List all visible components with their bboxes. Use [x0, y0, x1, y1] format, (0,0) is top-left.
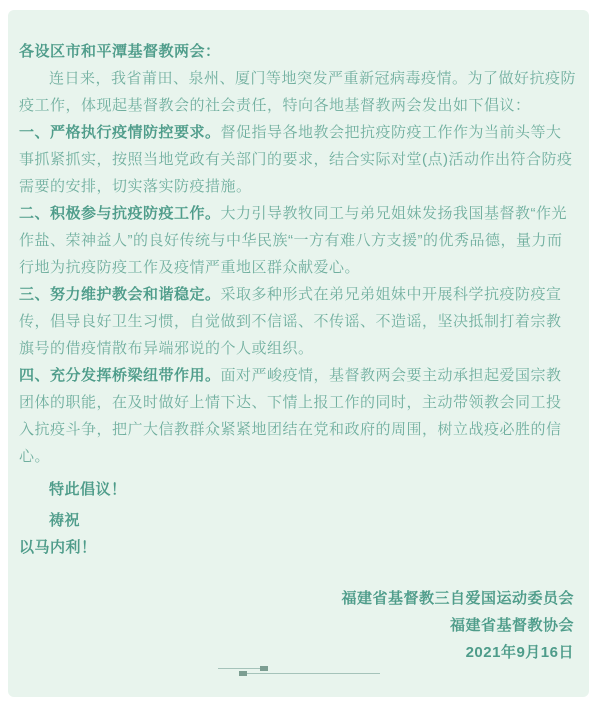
- intro-paragraph: 连日来，我省莆田、泉州、厦门等地突发严重新冠病毒疫情。为了做好抗疫防疫工作，体现…: [19, 65, 576, 119]
- proposal-item-2-lead: 二、积极参与抗疫防疫工作。: [19, 205, 221, 222]
- proposal-item-1-lead: 一、严格执行疫情防控要求。: [19, 124, 221, 141]
- decorative-divider: [8, 658, 589, 678]
- blessing-line: 以马内利！: [19, 534, 576, 561]
- proposal-item-4: 四、充分发挥桥梁纽带作用。面对严峻疫情，基督教两会要主动承担起爱国宗教团体的职能…: [19, 362, 576, 470]
- proposal-item-3: 三、努力维护教会和谐稳定。采取多种形式在弟兄弟姐妹中开展科学抗疫防疫宣传，倡导良…: [19, 281, 576, 362]
- proposal-item-2: 二、积极参与抗疫防疫工作。大力引导教牧同工与弟兄姐妹发扬我国基督教“作光作盐、荣…: [19, 200, 576, 281]
- proposal-item-1: 一、严格执行疫情防控要求。督促指导各地教会把抗疫防疫工作作为当前头等大事抓紧抓实…: [19, 119, 576, 200]
- notice-body: 各设区市和平潭基督教两会： 连日来，我省莆田、泉州、厦门等地突发严重新冠病毒疫情…: [19, 38, 576, 666]
- blessing-intro: 祷祝: [19, 507, 576, 534]
- signature-block: 福建省基督教三自爱国运动委员会 福建省基督教协会 2021年9月16日: [19, 585, 576, 666]
- divider-bottom-square: [239, 671, 247, 676]
- notice-card: 各设区市和平潭基督教两会： 连日来，我省莆田、泉州、厦门等地突发严重新冠病毒疫情…: [8, 10, 589, 697]
- proposal-item-3-lead: 三、努力维护教会和谐稳定。: [19, 286, 221, 303]
- signature-org-1: 福建省基督教三自爱国运动委员会: [19, 585, 576, 612]
- divider-bottom-line: [240, 673, 380, 674]
- salutation: 各设区市和平潭基督教两会：: [19, 38, 576, 65]
- closing-statement: 特此倡议！: [19, 476, 576, 503]
- proposal-item-4-lead: 四、充分发挥桥梁纽带作用。: [19, 367, 221, 384]
- divider-top-square: [260, 666, 268, 671]
- signature-org-2: 福建省基督教协会: [19, 612, 576, 639]
